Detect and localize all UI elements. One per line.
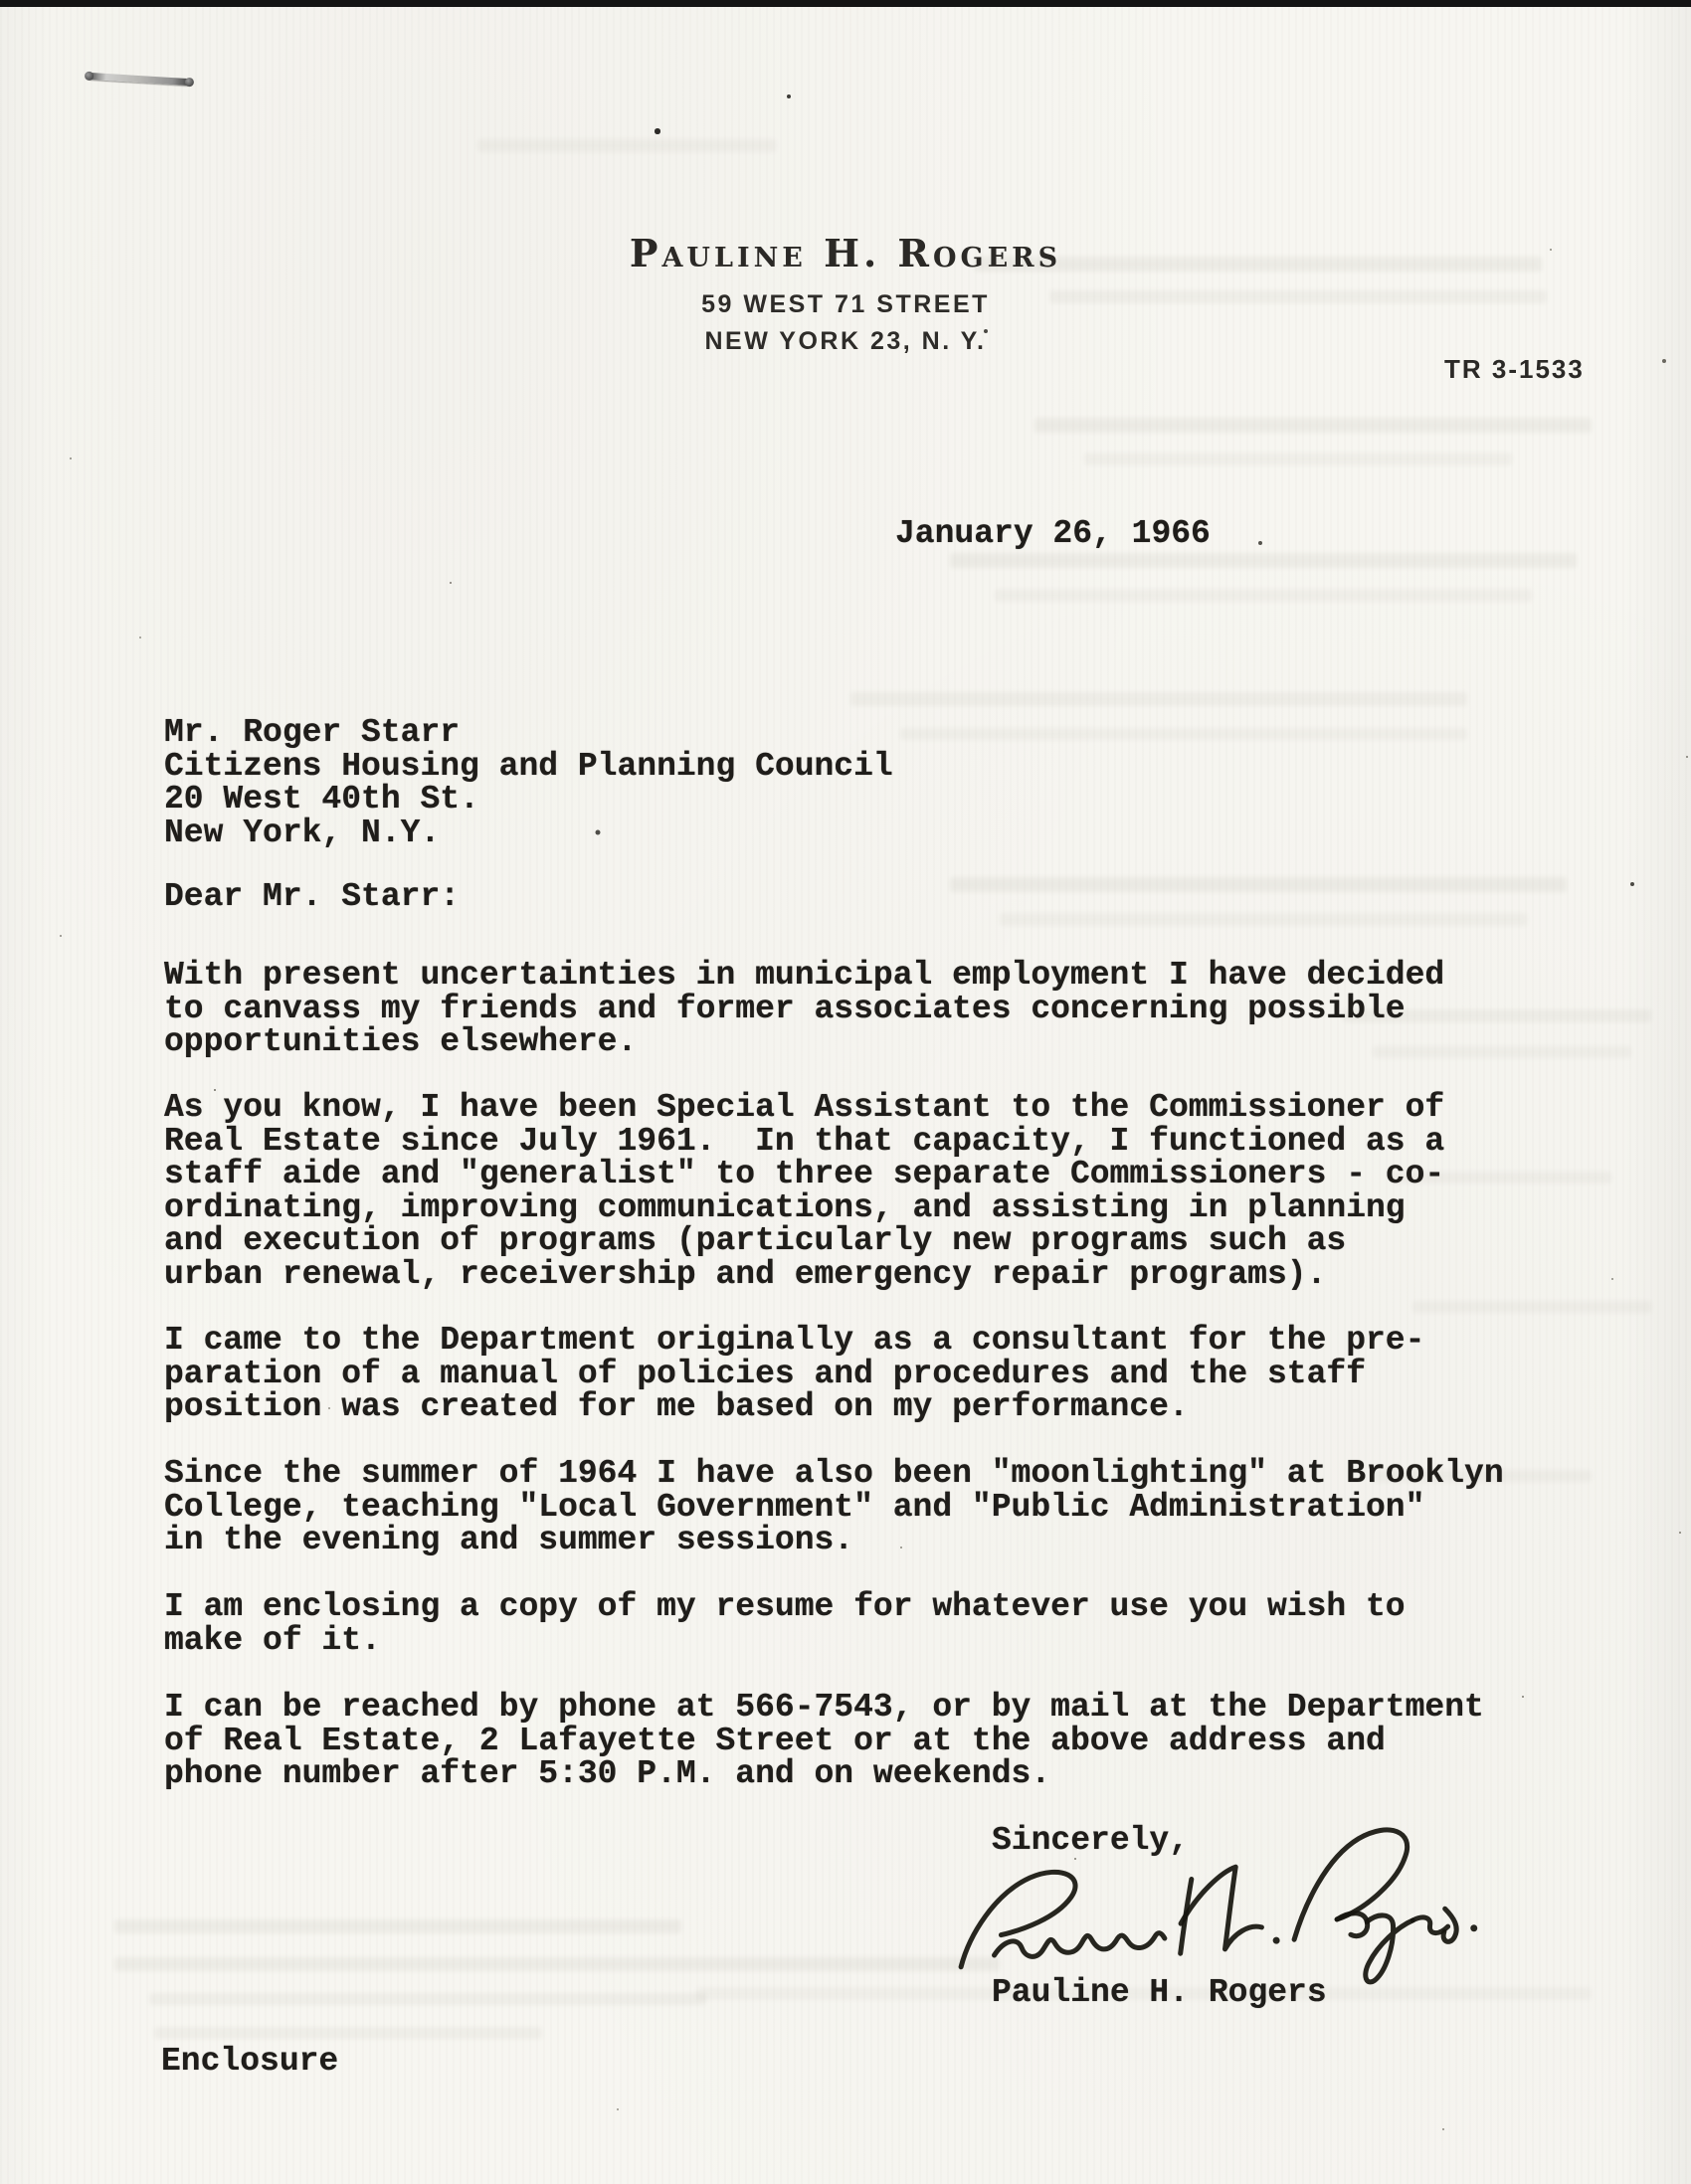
ghost-smudge [114,1957,1000,1971]
ghost-smudge [1034,418,1592,433]
ghost-smudge [1084,453,1512,465]
ghost-smudge [900,728,1467,740]
paragraph-3: I came to the Department originally as a… [164,1324,1424,1424]
ghost-smudge [850,692,1467,706]
letterhead-city: NEW YORK 23, N. Y. [0,327,1691,356]
letterhead-phone: TR 3-1533 [1444,354,1585,385]
staple [88,73,191,86]
letter-date: January 26, 1966 [895,517,1211,551]
typed-signature-name: Pauline H. Rogers [992,1976,1327,2010]
enclosure-note: Enclosure [161,2045,338,2079]
ghost-smudge [950,553,1577,568]
ghost-smudge [114,1919,681,1933]
paragraph-2: As you know, I have been Special Assista… [164,1091,1444,1291]
ghost-smudge [1000,913,1527,926]
ghost-smudge [1412,1301,1651,1313]
scan-top-edge [0,0,1691,7]
letterhead-name: Pauline H. Rogers [0,231,1691,275]
letterhead-street: 59 WEST 71 STREET [0,290,1691,319]
ghost-smudge [995,589,1532,602]
paragraph-6: I can be reached by phone at 566-7543, o… [164,1691,1484,1791]
ghost-smudge [149,1993,706,2005]
paragraph-4: Since the summer of 1964 I have also bee… [164,1457,1504,1557]
scanned-letter-page: Pauline H. Rogers 59 WEST 71 STREET NEW … [0,0,1691,2184]
ghost-smudge [477,139,776,152]
paragraph-1: With present uncertainties in municipal … [164,959,1444,1059]
paragraph-5: I am enclosing a copy of my resume for w… [164,1590,1406,1657]
scan-noise-specks [0,0,2,2]
ghost-smudge [154,2027,542,2039]
recipient-address-block: Mr. Roger Starr Citizens Housing and Pla… [164,716,893,849]
ghost-smudge [950,877,1567,892]
salutation: Dear Mr. Starr: [164,880,460,914]
